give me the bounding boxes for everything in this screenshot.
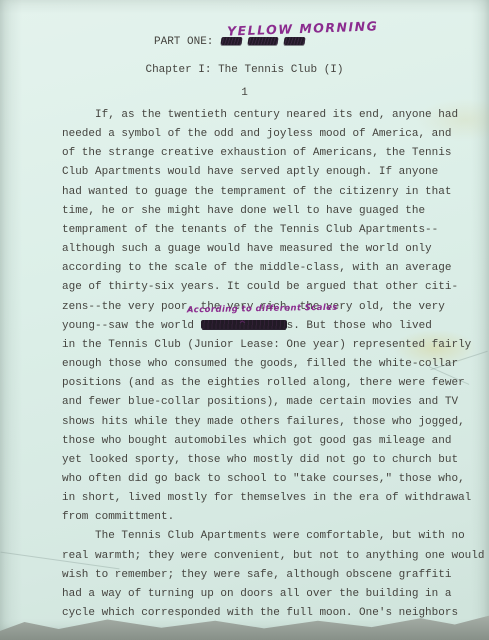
handwritten-insert: According to different Scales — [186, 298, 337, 320]
scribble-redaction — [221, 37, 243, 45]
paragraph-2: The Tennis Club Apartments were comforta… — [62, 527, 472, 623]
text-line: time, he or she might have done well to … — [62, 202, 472, 221]
text-line: from committment. — [62, 508, 472, 527]
text-line: positions (and as the eighties rolled al… — [62, 374, 472, 393]
text-line: in the Tennis Club (Junior Lease: One ye… — [62, 336, 472, 355]
text-line: had wanted to guage the temprament of th… — [62, 183, 472, 202]
paragraph-1-part-a: If, as the twentieth century neared its … — [62, 106, 472, 317]
text-line: yet looked sporty, those who mostly did … — [62, 451, 472, 470]
text-segment: young--saw the world — [62, 320, 201, 332]
text-line: had a way of turning up on doors all ove… — [62, 585, 472, 604]
text-line: If, as the twentieth century neared its … — [62, 106, 472, 125]
body-text: If, as the twentieth century neared its … — [62, 106, 472, 623]
text-line: Club Apartments would have served aptly … — [62, 163, 472, 182]
page-number: 1 — [0, 87, 489, 99]
redacted-part-title — [221, 37, 311, 49]
part-label: PART ONE: — [154, 36, 213, 48]
text-line: temprament of the tenants of the Tennis … — [62, 221, 472, 240]
text-line: age of thirty-six years. It could be arg… — [62, 278, 472, 297]
text-line: enough those who consumed the goods, fil… — [62, 355, 472, 374]
text-line: according to the scale of the middle-cla… — [62, 259, 472, 278]
scribble-redaction — [284, 37, 306, 45]
text-line: wish to remember; they were safe, althou… — [62, 566, 472, 585]
text-line: and fewer blue-collar positions), made c… — [62, 393, 472, 412]
text-line: in short, lived mostly for themselves in… — [62, 489, 472, 508]
text-line: The Tennis Club Apartments were comforta… — [62, 527, 472, 546]
part-heading: PART ONE: — [154, 36, 311, 49]
manuscript-sheet: YELLOW MORNING PART ONE: Chapter I: The … — [0, 0, 489, 636]
text-line: who often did go back to school to "take… — [62, 470, 472, 489]
chapter-heading: Chapter I: The Tennis Club (I) — [0, 64, 489, 76]
line-with-redaction: young--saw the world According to differ… — [62, 317, 472, 336]
text-line: those who bought automobiles which got g… — [62, 432, 472, 451]
text-line: shows hits while they made others failur… — [62, 413, 472, 432]
scribble-redaction — [248, 37, 279, 45]
text-segment: s. But those who lived — [287, 320, 432, 332]
text-line: of the strange creative exhaustion of Am… — [62, 144, 472, 163]
text-line: needed a symbol of the odd and joyless m… — [62, 125, 472, 144]
text-line: real warmth; they were convenient, but n… — [62, 547, 472, 566]
struck-out-text: According to different Scales^ — [201, 320, 287, 329]
text-line: although such a guage would have measure… — [62, 240, 472, 259]
scanned-manuscript-photo: YELLOW MORNING PART ONE: Chapter I: The … — [0, 0, 489, 640]
insert-caret-mark: ^ — [239, 316, 247, 335]
paragraph-1-part-b: in the Tennis Club (Junior Lease: One ye… — [62, 336, 472, 528]
